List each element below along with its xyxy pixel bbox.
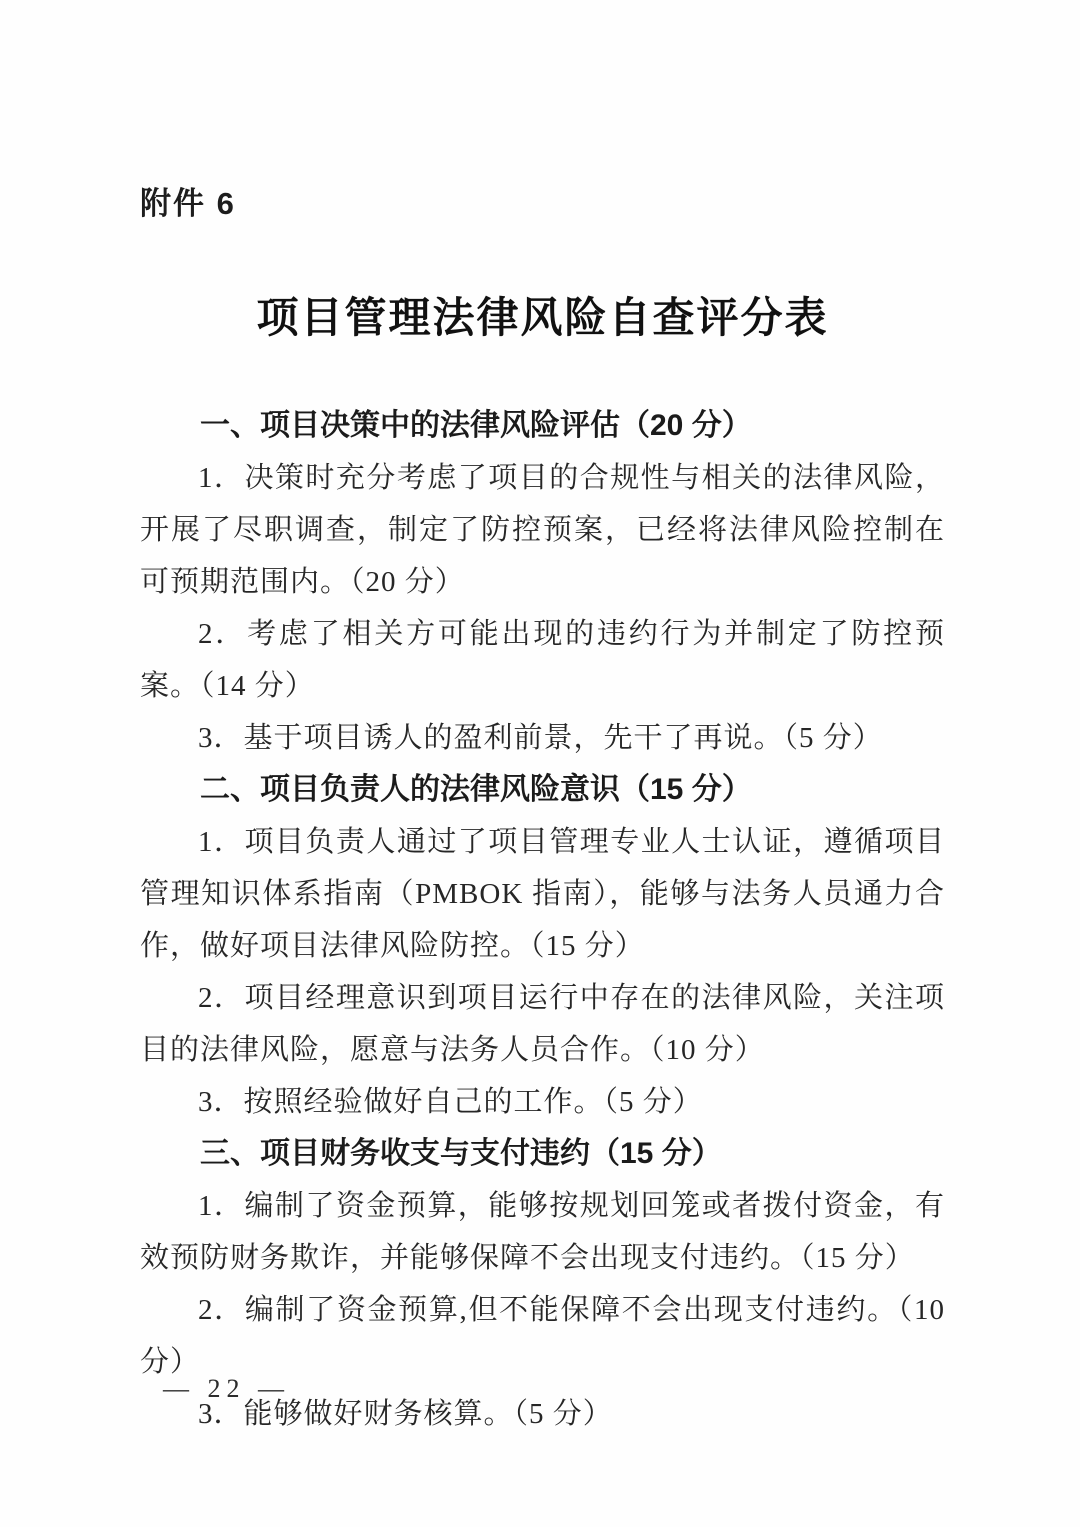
section-3-heading: 三、项目财务收支与支付违约（15 分） <box>140 1128 945 1180</box>
section-3-item-2: 2．编制了资金预算,但不能保障不会出现支付违约。（10 分） <box>140 1284 945 1388</box>
section-2-item-1: 1．项目负责人通过了项目管理专业人士认证，遵循项目管理知识体系指南（PMBOK … <box>140 816 945 972</box>
document-page: 附件 6 项目管理法律风险自查评分表 一、项目决策中的法律风险评估（20 分） … <box>0 0 1080 1527</box>
section-1-heading: 一、项目决策中的法律风险评估（20 分） <box>140 400 945 452</box>
section-1-item-1: 1．决策时充分考虑了项目的合规性与相关的法律风险，开展了尽职调查，制定了防控预案… <box>140 452 945 608</box>
section-2-heading: 二、项目负责人的法律风险意识（15 分） <box>140 764 945 816</box>
page-title: 项目管理法律风险自查评分表 <box>140 294 945 344</box>
section-1-item-2: 2．考虑了相关方可能出现的违约行为并制定了防控预案。（14 分） <box>140 608 945 712</box>
section-2-item-3: 3．按照经验做好自己的工作。（5 分） <box>140 1076 945 1128</box>
attachment-label: 附件 6 <box>140 186 945 222</box>
section-2-item-2: 2．项目经理意识到项目运行中存在的法律风险，关注项目的法律风险，愿意与法务人员合… <box>140 972 945 1076</box>
footer-page-number: — 22 — <box>163 1374 290 1404</box>
section-1-item-3: 3．基于项目诱人的盈利前景，先干了再说。（5 分） <box>140 712 945 764</box>
section-3-item-1: 1．编制了资金预算，能够按规划回笼或者拨付资金，有效预防财务欺诈，并能够保障不会… <box>140 1180 945 1284</box>
document-body: 一、项目决策中的法律风险评估（20 分） 1．决策时充分考虑了项目的合规性与相关… <box>140 400 945 1440</box>
